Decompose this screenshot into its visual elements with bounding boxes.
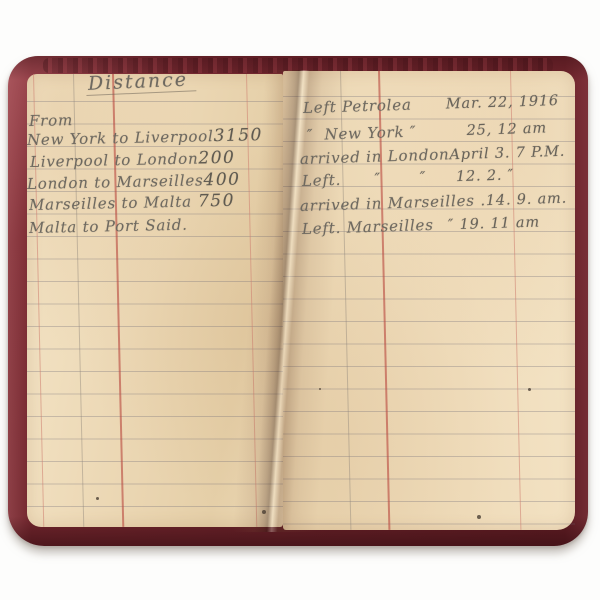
event-text: Left Petrolea bbox=[303, 95, 412, 118]
route-text: Marseilles to Malta bbox=[29, 192, 192, 215]
distance-value: 3150 bbox=[213, 125, 263, 146]
ink-speck bbox=[528, 388, 531, 391]
from-label: From bbox=[29, 110, 73, 131]
datetime-text: 14. 9. am. bbox=[486, 189, 568, 212]
datetime-text: ″ 19. 11 am bbox=[448, 213, 541, 236]
datetime-text: 12. 2. ″ bbox=[456, 165, 515, 187]
distance-entry: Malta to Port Said. bbox=[29, 214, 235, 238]
datetime-text: April 3. 7 P.M. bbox=[449, 142, 565, 166]
event-text: Left. Marseilles bbox=[302, 215, 434, 239]
ink-speck bbox=[96, 497, 99, 500]
datetime-text: 25, 12 am bbox=[466, 118, 547, 141]
route-text: Liverpool to London bbox=[30, 148, 199, 172]
distance-value: 400 bbox=[203, 170, 240, 191]
event-text: arrived in London bbox=[300, 144, 450, 169]
event-text: Left. ″ ″ bbox=[302, 167, 427, 191]
event-text: arrived in Marseilles . bbox=[300, 190, 487, 216]
itinerary-entry: Left Petrolea Mar. 22, 1916 bbox=[303, 90, 560, 119]
ink-speck bbox=[262, 510, 266, 514]
route-text: Malta to Port Said. bbox=[29, 215, 188, 238]
datetime-text: Mar. 22, 1916 bbox=[446, 91, 560, 115]
distance-value: 200 bbox=[198, 148, 235, 169]
distance-entry: Liverpool to London 200 bbox=[30, 148, 226, 172]
route-text: New York to Liverpool bbox=[27, 126, 214, 150]
ink-speck bbox=[477, 515, 481, 519]
photo-background: Distance From New York to Liverpool 3150… bbox=[0, 0, 600, 600]
distance-entry: Marseilles to Malta 750 bbox=[29, 191, 235, 215]
distance-value: 750 bbox=[198, 191, 235, 212]
ink-speck bbox=[319, 388, 321, 390]
event-text: ″ New York ″ bbox=[307, 122, 417, 145]
page-title: Distance bbox=[86, 69, 197, 96]
itinerary-entry: arrived in London April 3. 7 P.M. bbox=[300, 141, 560, 170]
handwriting-layer: Distance From New York to Liverpool 3150… bbox=[0, 0, 600, 600]
distance-entry: New York to Liverpool 3150 bbox=[27, 125, 257, 150]
route-text: London to Marseilles bbox=[27, 170, 204, 194]
